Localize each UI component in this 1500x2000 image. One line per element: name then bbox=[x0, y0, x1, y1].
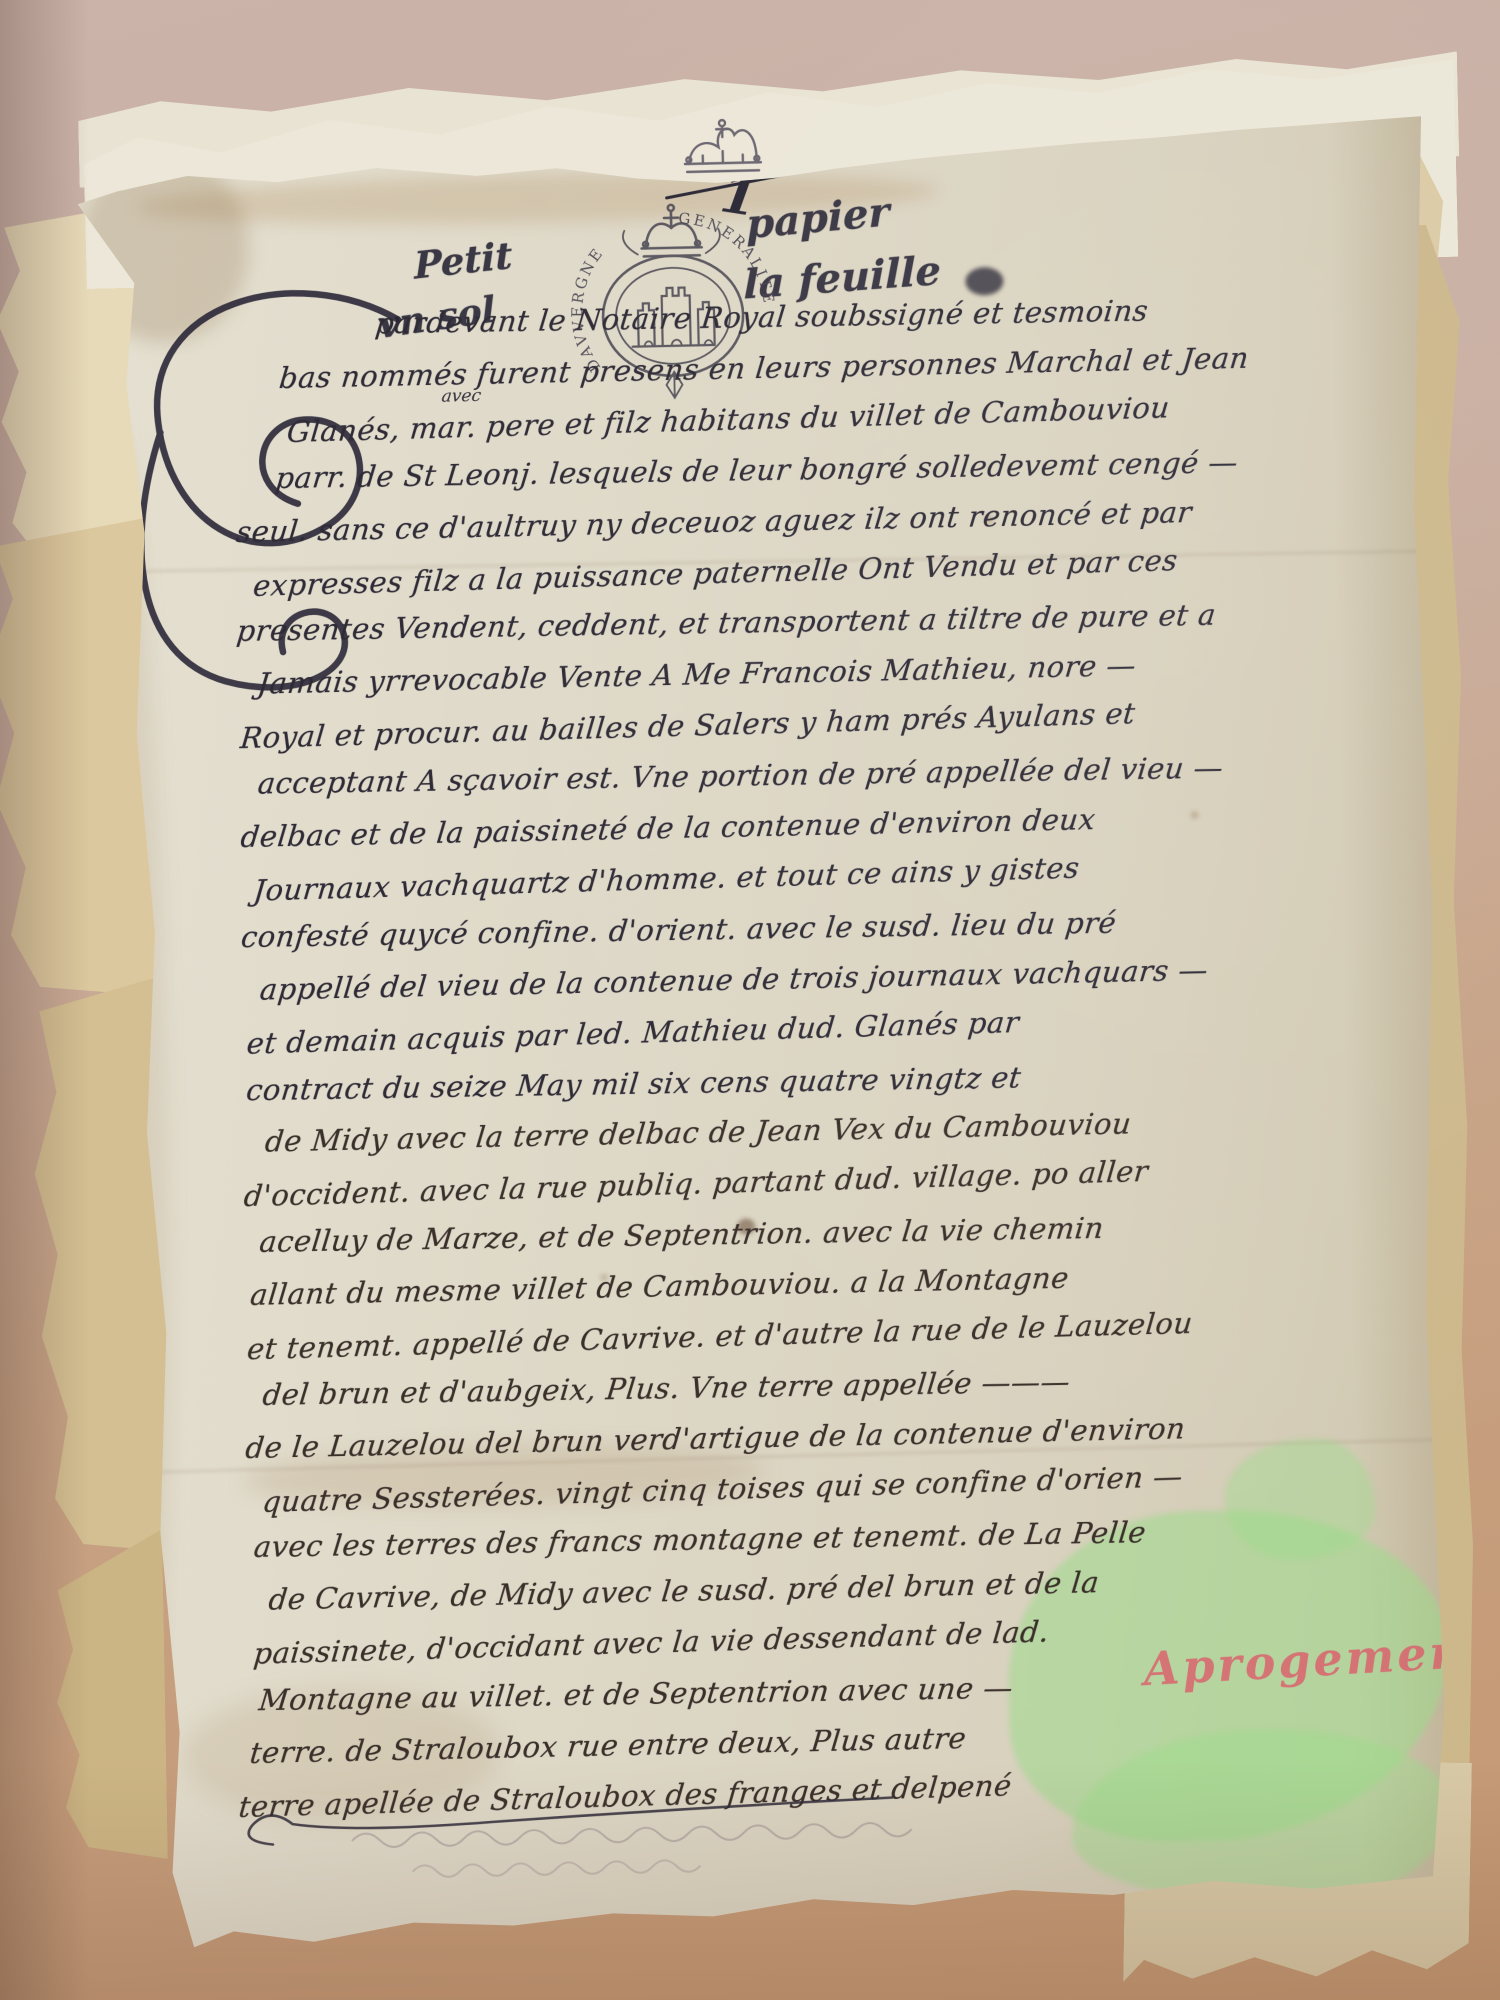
manuscript-line: del brun et d'aubgeix, Plus. Vne terre a… bbox=[261, 1364, 1072, 1411]
manuscript-line: Montagne au villet. et de Septentrion av… bbox=[257, 1671, 1014, 1718]
manuscript-line: de Cavrive, de Midy avec le susd. pré de… bbox=[267, 1565, 1101, 1616]
crown-watermark-icon bbox=[668, 114, 777, 179]
manuscript-line: avec les terres des francs montagne et t… bbox=[252, 1515, 1148, 1564]
manuscript-line: Journaux vachquartz d'homme. et tout ce … bbox=[252, 851, 1081, 908]
manuscript-line: paissinete, d'occidant avec la vie desse… bbox=[252, 1614, 1051, 1670]
manuscript-page: Aprogemere Petit vn sol papier la feuill… bbox=[76, 106, 1459, 1949]
calligraphic-initial-flourish bbox=[97, 277, 446, 724]
manuscript-line: acelluy de Marze, et de Septentrion. ave… bbox=[258, 1211, 1106, 1259]
manuscript-line: allant du mesme villet de Cambouviou. a … bbox=[249, 1261, 1071, 1312]
watermark-green-lobe bbox=[1224, 1437, 1376, 1560]
manuscript-line: confesté quycé confine. d'orient. avec l… bbox=[239, 906, 1118, 955]
manuscript-line: acceptant A sçavoir est. Vne portion de … bbox=[256, 750, 1225, 800]
manuscript-line: et demain acquis par led. Mathieu dud. G… bbox=[245, 1005, 1021, 1061]
manuscript-line: et tenemt. appellé de Cavrive. et d'autr… bbox=[246, 1306, 1195, 1366]
manuscript-line: delbac et de la paissineté de la contenu… bbox=[239, 802, 1097, 854]
ink-blot bbox=[965, 267, 1004, 296]
manuscript-line: de Midy avec la terre delbac de Jean Vex… bbox=[264, 1106, 1134, 1158]
photo-of-manuscript: Aprogemere Petit vn sol papier la feuill… bbox=[0, 0, 1500, 2000]
manuscript-line: d'occident. avec la rue publiq. partant … bbox=[242, 1154, 1149, 1213]
manuscript-line: contract du seize May mil six cens quatr… bbox=[245, 1060, 1023, 1107]
torn-underlying-sheet-left-4 bbox=[42, 1529, 168, 1861]
foxing-spot bbox=[1191, 811, 1199, 819]
manuscript-line: appellé del vieu de la contenue de trois… bbox=[258, 953, 1209, 1007]
